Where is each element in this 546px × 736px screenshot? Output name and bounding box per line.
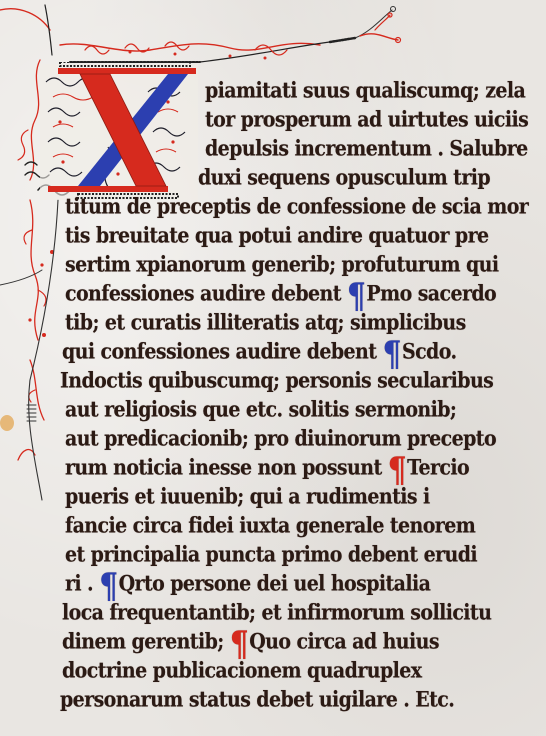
text-line: confessiones audire debent ¶Pmo sacerdo xyxy=(65,281,496,309)
text-segment: confessiones audire debent xyxy=(65,281,347,306)
text-segment: Scdo. xyxy=(402,339,457,364)
text-line: pueris et iuuenib; qui a rudimentis i xyxy=(65,484,430,509)
paragraph-mark-blue-icon: ¶ xyxy=(99,576,118,599)
text-line: titum de preceptis de confessione de sci… xyxy=(65,194,528,219)
text-segment: Qrto persone dei uel hospitalia xyxy=(119,571,431,596)
text-line: doctrine publicacionem quadruplex xyxy=(62,658,421,683)
paragraph-mark-red-icon: ¶ xyxy=(230,634,249,657)
text-line: qui confessiones audire debent ¶Scdo. xyxy=(62,339,456,367)
paragraph-mark-blue-icon: ¶ xyxy=(382,344,401,367)
illuminated-initial-x-icon xyxy=(38,62,200,202)
text-segment: Pmo sacerdo xyxy=(366,281,496,306)
text-line: personarum status debet uigilare . Etc. xyxy=(60,687,454,712)
text-line: rum noticia inesse non possunt ¶Tercio xyxy=(65,455,469,483)
text-segment: dinem gerentib; xyxy=(62,629,230,654)
text-line: ri . ¶Qrto persone dei uel hospitalia xyxy=(65,571,430,599)
text-line: piamitati suus qualiscumq; zela xyxy=(205,78,525,103)
text-line: aut predicacionib; pro diuinorum precept… xyxy=(65,426,496,451)
text-segment: qui confessiones audire debent xyxy=(62,339,382,364)
text-segment: Quo circa ad huius xyxy=(249,629,439,654)
text-segment: ri . xyxy=(65,571,99,596)
text-line: duxi sequens opusculum trip xyxy=(198,165,490,190)
text-line: aut religiosis que etc. solitis sermonib… xyxy=(65,397,456,422)
text-line: depulsis incrementum . Salubre xyxy=(205,136,528,161)
text-line: tib; et curatis illiteratis atq; simplic… xyxy=(65,310,466,335)
text-segment: Tercio xyxy=(407,455,469,480)
manuscript-page: piamitati suus qualiscumq; zela tor pros… xyxy=(0,0,546,736)
text-segment: rum noticia inesse non possunt xyxy=(65,455,388,480)
parchment-stain xyxy=(0,415,14,431)
text-line: fancie circa fidei iuxta generale tenore… xyxy=(65,513,475,538)
text-line: Indoctis quibuscumq; personis secularibu… xyxy=(60,368,493,393)
text-line: tor prosperum ad uirtutes uiciis xyxy=(205,107,528,132)
text-line: dinem gerentib; ¶Quo circa ad huius xyxy=(62,629,439,657)
text-line: et principalia puncta primo debent erudi xyxy=(65,542,477,567)
paragraph-mark-blue-icon: ¶ xyxy=(347,286,366,309)
text-line: sertim xpianorum generib; profuturum qui xyxy=(65,252,499,277)
text-line: tis breuitate qua potui andire quatuor p… xyxy=(65,223,489,248)
text-line: loca frequentantib; et infirmorum sollic… xyxy=(62,600,491,625)
paragraph-mark-red-icon: ¶ xyxy=(388,460,407,483)
